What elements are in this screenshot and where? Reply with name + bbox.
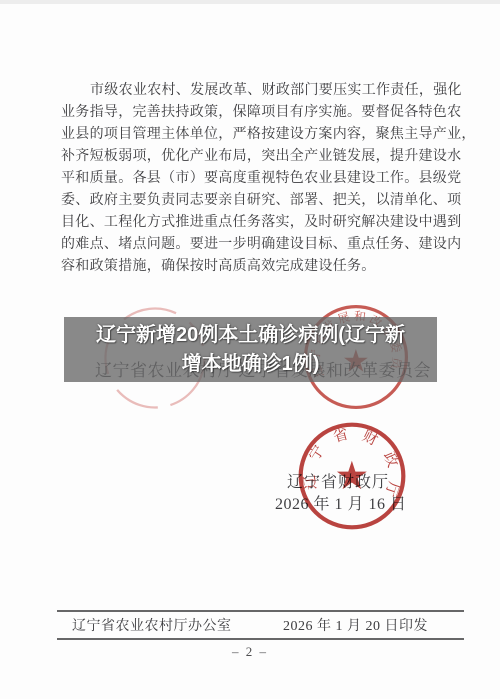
footer-issuing-office: 辽宁省农业农村厅办公室 [57,615,232,635]
footer-rule-top [57,610,464,612]
body-line: 业县的项目管理主体单位，严格按建设方案内容，聚焦主导产业， [61,124,442,146]
footer-rule-bottom [57,638,464,640]
body-line: 的难点、堵点问题。要进一步明确建设目标、重点任务、建设内 [61,234,442,256]
body-line: 业务指导，完善扶持政策，保障项目有序实施。要督促各特色农 [61,102,442,124]
footer-row: 辽宁省农业农村厅办公室 2026 年 1 月 20 日印发 [57,614,464,636]
body-line: 容和政策措施，确保按时高质高效完成建设任务。 [61,256,442,278]
body-line: 补齐短板弱项，优化产业布局，突出全产业链发展，提升建设水 [61,146,442,168]
body-line: 委、政府主要负责同志要亲自研究、部署、把关，以清单化、项 [61,190,442,212]
headline-overlay: 辽宁新增20例本土确诊病例(辽宁新 增本地确诊1例) [64,317,437,382]
finance-dept-seal-icon: 辽宁省财政厅 ★ [296,420,408,532]
page-number: – 2 – [0,644,500,660]
headline-line-1: 辽宁新增20例本土确诊病例(辽宁新 [96,321,405,350]
body-paragraph: 市级农业农村、发展改革、财政部门要压实工作责任，强化 业务指导，完善扶持政策，保… [61,80,442,278]
star-icon: ★ [334,455,369,498]
body-line: 平和质量。各县（市）要高度重视特色农业县建设工作。县级党 [61,168,442,190]
footer-print-date: 2026 年 1 月 20 日印发 [283,615,464,635]
scan-edge-shadow [0,0,500,4]
body-line: 目化、工程化方式推进重点任务落实，及时研究解决建设中遇到 [61,212,442,234]
body-line: 市级农业农村、发展改革、财政部门要压实工作责任，强化 [61,80,442,102]
headline-line-2: 增本地确诊1例) [182,350,320,379]
